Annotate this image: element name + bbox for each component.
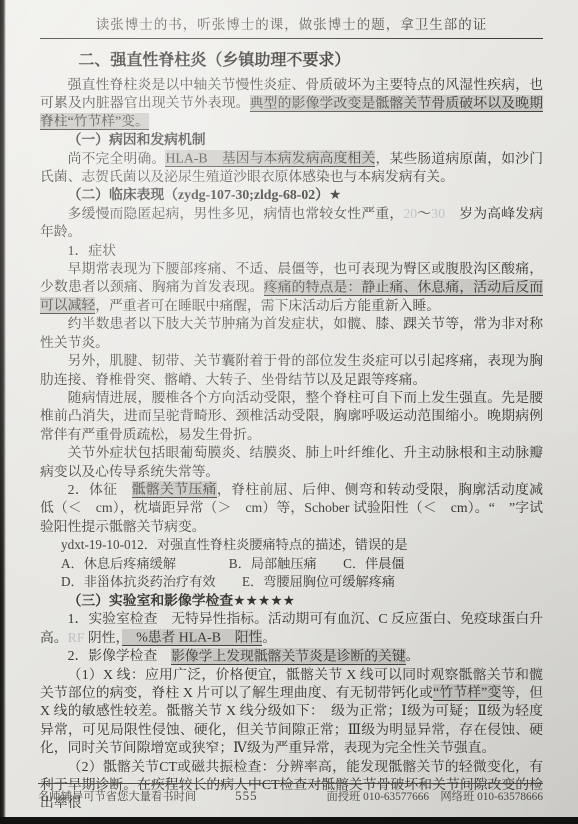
header-divider bbox=[40, 38, 543, 39]
para-enthesitis-text: 另外，肌腱、韧带、关节囊附着于骨的部位发生炎症可以引起疼痛，表现为胸肋连接、脊椎… bbox=[40, 353, 543, 386]
page-left-edge-shadow bbox=[0, 0, 6, 824]
para-lab-text: 阴性， bbox=[88, 630, 123, 645]
page-header-slogan: 读张博士的书，听张博士的课，做张博士的题，拿卫生部的证 bbox=[40, 13, 543, 33]
content: 二、强直性脊柱炎（乡镇助理不要求）强直性脊柱炎是以中轴关节慢性炎症、骨质破坏为主… bbox=[40, 50, 543, 813]
question-stem: ydxt-19-10-012．对强直性脊柱炎腰痛特点的描述，错误的是 bbox=[61, 536, 543, 555]
para-lab-text: 。 bbox=[262, 630, 276, 645]
para-onset-text: ～ bbox=[417, 206, 431, 221]
question-options-abc-text: A．休息后疼痛缓解 B．局部触压痛 C．伴晨僵 bbox=[61, 556, 405, 571]
scanned-book-page: 读张博士的书，听张博士的课，做张博士的题，拿卫生部的证 二、强直性脊柱炎（乡镇助… bbox=[0, 0, 578, 824]
para-lab-text: %患者 HLA-B 阳性 bbox=[122, 629, 262, 646]
page-number: 555 bbox=[235, 788, 258, 804]
para-xray: （1）X 线：应用广泛，价格便宜，骶髂关节 X 线可以同时观察骶髂关节和髋关节部… bbox=[40, 666, 543, 758]
para-etiology: 尚不完全明确。HLA-B 基因与本病发病高度相关，某些肠道病原菌，如沙门氏菌、志… bbox=[40, 150, 543, 187]
para-large-joints: 约半数患者以下肢大关节肿痛为首发症状，如髋、膝、踝关节等，常为非对称性关节炎。 bbox=[40, 315, 543, 352]
para-overview: 强直性脊柱炎是以中轴关节慢性炎症、骨质破坏为主要特点的风湿性疾病，也可累及内脏器… bbox=[40, 76, 543, 131]
heading-clinical-text: （二）临床表现（zydg-107-30;zldg-68-02）★ bbox=[68, 187, 342, 202]
label-symptoms-text: 1．症状 bbox=[68, 243, 116, 258]
section-title: 二、强直性脊柱炎（乡镇助理不要求） bbox=[40, 50, 543, 72]
para-onset: 多缓慢而隐匿起病，男性多见，病情也常较女性严重，20～30 岁为高峰发病年龄。 bbox=[40, 205, 543, 242]
para-xray-text: “竹节样”变 bbox=[433, 684, 501, 701]
para-signs: 2．体征 骶髂关节压痛，脊柱前屈、后伸、侧弯和转动受限，胸廓活动度减低（＜ cm… bbox=[40, 481, 543, 536]
para-etiology-text: HLA-B 基因与本病发病高度相关 bbox=[165, 150, 375, 167]
para-imaging-key-text: 。 bbox=[406, 648, 420, 663]
section-title-text: 二、强直性脊柱炎（乡镇助理不要求） bbox=[78, 52, 350, 69]
para-imaging-key-text: 影像学上发现骶髂关节炎是诊断的关键 bbox=[171, 648, 406, 665]
para-lab-text: RF bbox=[68, 630, 88, 645]
para-lab: 1．实验室检查 无特异性指标。活动期可有血沉、C 反应蛋白、免疫球蛋白升高。RF… bbox=[40, 610, 543, 647]
para-extraarticular-text: 关节外症状包括眼葡萄膜炎、结膜炎、肺上叶纤维化、升主动脉根和主动脉瓣病变以及心传… bbox=[40, 445, 543, 478]
question-options-de-text: D．非甾体抗炎药治疗有效 E．弯腰屈胸位可缓解疼痛 bbox=[61, 574, 395, 589]
heading-etiology-text: （一）病因和发病机制 bbox=[68, 132, 206, 147]
label-symptoms: 1．症状 bbox=[40, 242, 543, 260]
heading-lab-imaging-text: （三）实验室和影像学检查★★★★★ bbox=[68, 593, 295, 608]
para-early-symptoms-text: ，严重者可在睡眠中痛醒，需下床活动后方能重新入睡。 bbox=[95, 298, 440, 313]
para-large-joints-text: 约半数患者以下肢大关节肿痛为首发症状，如髋、膝、踝关节等，常为非对称性关节炎。 bbox=[40, 316, 543, 349]
para-onset-text: 30 bbox=[431, 206, 445, 221]
para-early-symptoms: 早期常表现为下腰部疼痛、不适、晨僵等，也可表现为臀区或腹股沟区酸痛，少数患者以颈… bbox=[40, 260, 543, 315]
para-etiology-text: 尚不完全明确。 bbox=[68, 151, 166, 166]
footer-contact-phones: 面授班 010-63577666 网络班 010-63578666 bbox=[326, 788, 543, 804]
para-onset-text: 多缓慢而隐匿起病，男性多见，病情也常较女性严重， bbox=[68, 206, 404, 221]
heading-clinical: （二）临床表现（zydg-107-30;zldg-68-02）★ bbox=[40, 186, 543, 204]
para-progression-text: 随病情进展，腰椎各个方向活动受限，整个脊柱可自下而上发生强直。先是腰椎前凸消失，… bbox=[40, 390, 543, 442]
para-progression: 随病情进展，腰椎各个方向活动受限，整个脊柱可自下而上发生强直。先是腰椎前凸消失，… bbox=[40, 389, 543, 444]
para-imaging-key-text: 2．影像学检查 bbox=[68, 648, 171, 663]
para-onset-text: 20 bbox=[403, 206, 417, 221]
heading-etiology: （一）病因和发病机制 bbox=[40, 131, 543, 149]
para-signs-text: 2．体征 bbox=[68, 482, 132, 497]
para-extraarticular: 关节外症状包括眼葡萄膜炎、结膜炎、肺上叶纤维化、升主动脉根和主动脉瓣病变以及心传… bbox=[40, 444, 543, 481]
page-footer: 名师辅导可节省您大量看书时间 555 面授班 010-63577666 网络班 … bbox=[38, 783, 543, 804]
heading-lab-imaging: （三）实验室和影像学检查★★★★★ bbox=[40, 592, 543, 610]
para-enthesitis: 另外，肌腱、韧带、关节囊附着于骨的部位发生炎症可以引起疼痛，表现为胸肋连接、脊椎… bbox=[40, 352, 543, 389]
question-options-de: D．非甾体抗炎药治疗有效 E．弯腰屈胸位可缓解疼痛 bbox=[61, 573, 543, 592]
footer-left-slogan: 名师辅导可节省您大量看书时间 bbox=[38, 788, 196, 804]
question-stem-text: ydxt-19-10-012．对强直性脊柱炎腰痛特点的描述，错误的是 bbox=[61, 537, 408, 552]
question-options-abc: A．休息后疼痛缓解 B．局部触压痛 C．伴晨僵 bbox=[61, 555, 543, 574]
para-signs-text: 骶髂关节压痛 bbox=[132, 481, 217, 498]
page-bottom-edge bbox=[0, 817, 578, 824]
para-imaging-key: 2．影像学检查 影像学上发现骶髂关节炎是诊断的关键。 bbox=[40, 647, 543, 665]
